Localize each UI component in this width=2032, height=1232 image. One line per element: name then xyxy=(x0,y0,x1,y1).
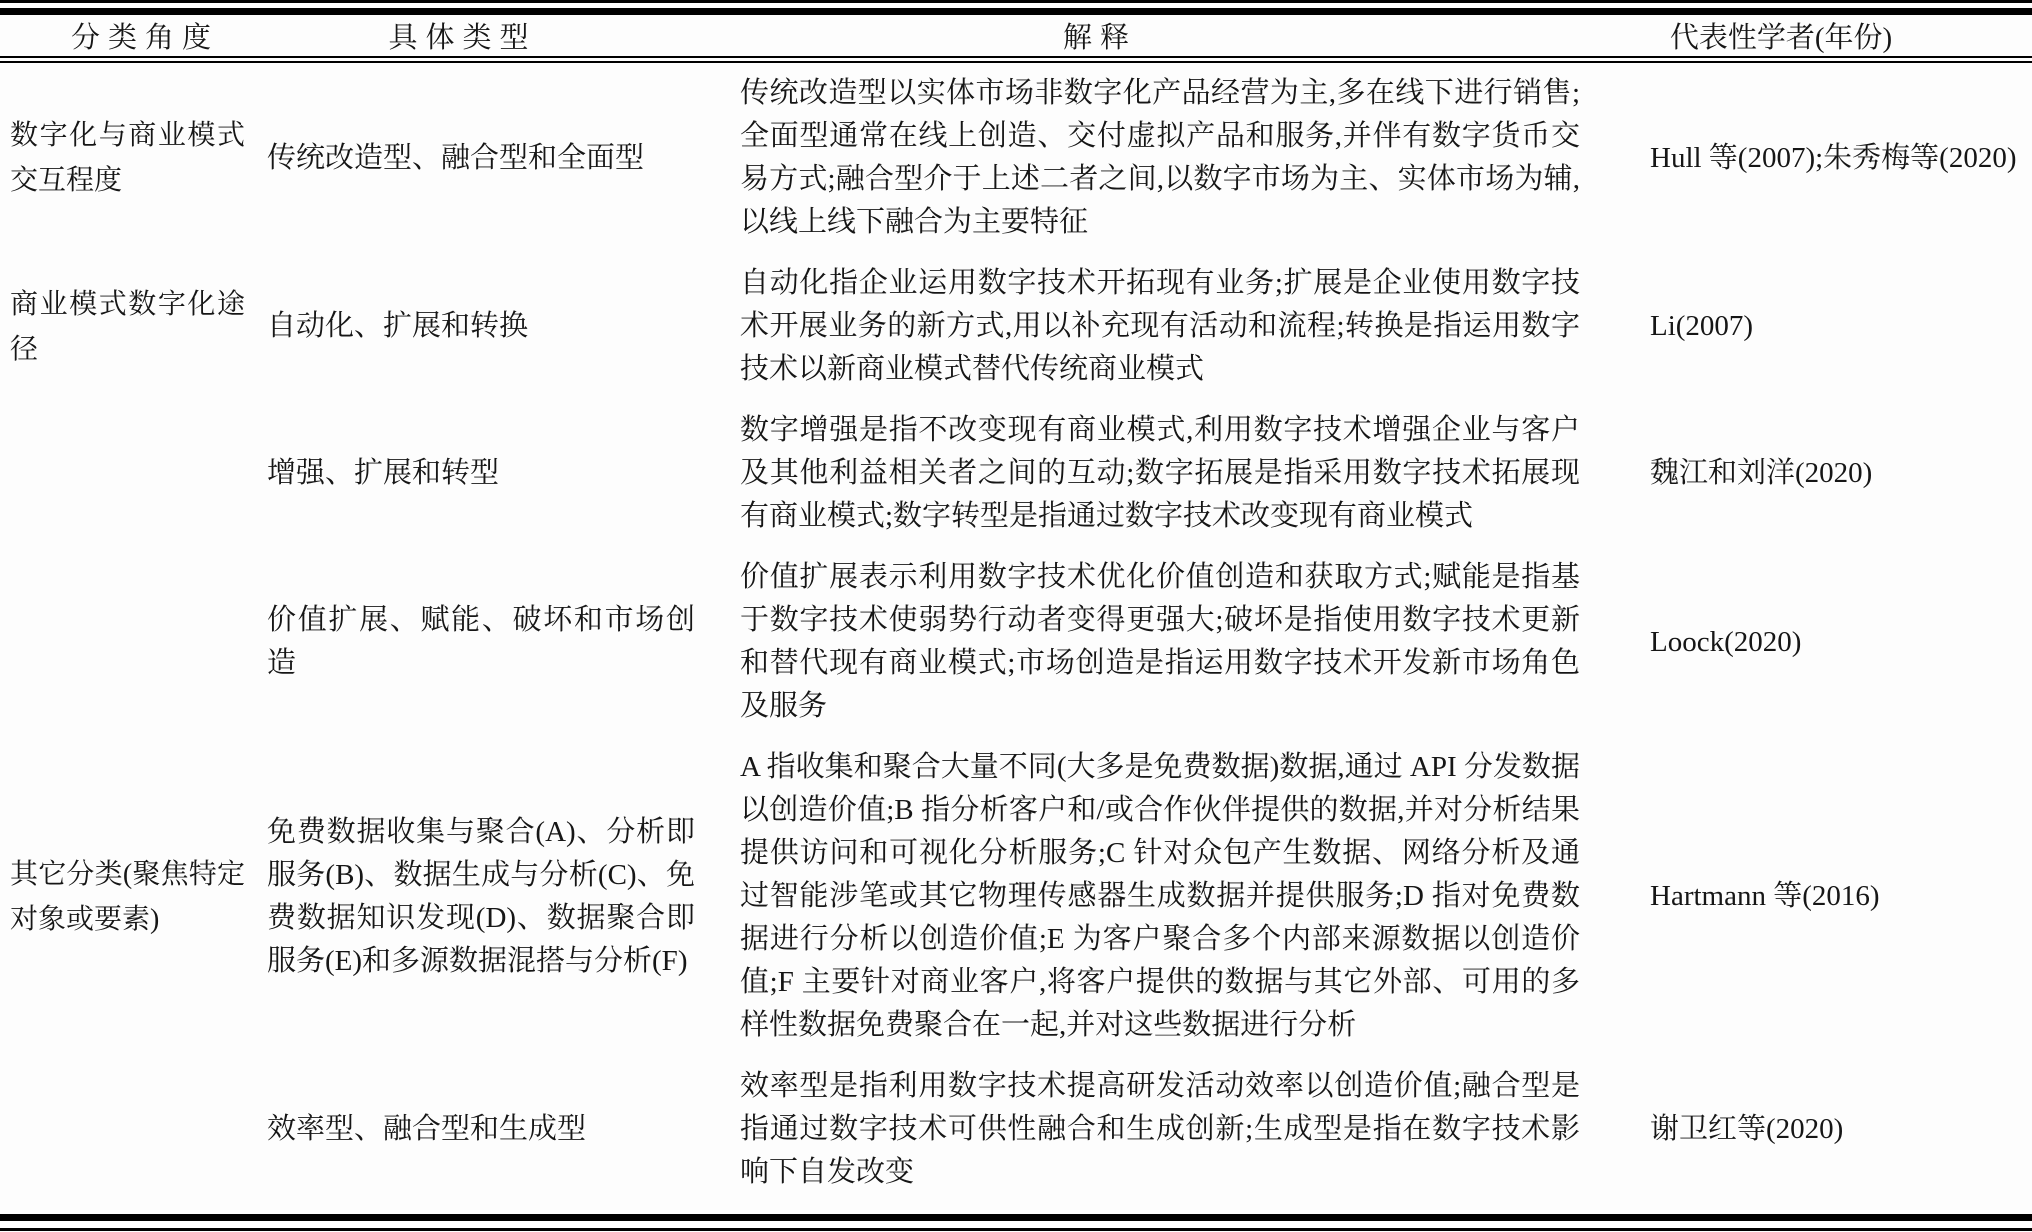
explanation-cell: A 指收集和聚合大量不同(大多是免费数据)数据,通过 API 分发数据以创造价值… xyxy=(740,737,1600,1056)
type-cell: 增强、扩展和转型 xyxy=(255,400,740,547)
table-row: 效率型、融合型和生成型 效率型是指利用数字技术提高研发活动效率以创造价值;融合型… xyxy=(0,1056,2032,1203)
category-cell xyxy=(0,547,255,737)
explanation-cell: 效率型是指利用数字技术提高研发活动效率以创造价值;融合型是指通过数字技术可供性融… xyxy=(740,1056,1600,1203)
table-bottom-thick-rule xyxy=(0,1214,2032,1221)
table-header: 分类角度 具体类型 解释 代表性学者(年份) xyxy=(0,15,2032,60)
table-top-thick-rule xyxy=(0,8,2032,15)
header-specific-type: 具体类型 xyxy=(255,15,740,60)
category-cell: 商业模式数字化途径 xyxy=(0,253,255,400)
type-cell: 效率型、融合型和生成型 xyxy=(255,1056,740,1203)
table-row: 商业模式数字化途径 自动化、扩展和转换 自动化指企业运用数字技术开拓现有业务;扩… xyxy=(0,253,2032,400)
table-bottom-thin-rule xyxy=(0,1228,2032,1231)
category-cell xyxy=(0,400,255,547)
category-cell: 其它分类(聚焦特定对象或要素) xyxy=(0,737,255,1056)
type-cell: 自动化、扩展和转换 xyxy=(255,253,740,400)
explanation-cell: 数字增强是指不改变现有商业模式,利用数字技术增强企业与客户及其他利益相关者之间的… xyxy=(740,400,1600,547)
table-row: 价值扩展、赋能、破坏和市场创造 价值扩展表示利用数字技术优化价值创造和获取方式;… xyxy=(0,547,2032,737)
explanation-cell: 自动化指企业运用数字技术开拓现有业务;扩展是企业使用数字技术开展业务的新方式,用… xyxy=(740,253,1600,400)
category-cell: 数字化与商业模式交互程度 xyxy=(0,60,255,254)
paper-table-page: 分类角度 具体类型 解释 代表性学者(年份) 数字化与商业模式交互程度 传统改造… xyxy=(0,0,2032,1232)
classification-table: 分类角度 具体类型 解释 代表性学者(年份) 数字化与商业模式交互程度 传统改造… xyxy=(0,15,2032,1203)
table-row: 增强、扩展和转型 数字增强是指不改变现有商业模式,利用数字技术增强企业与客户及其… xyxy=(0,400,2032,547)
scholars-cell: 魏江和刘洋(2020) xyxy=(1600,400,2032,547)
type-cell: 传统改造型、融合型和全面型 xyxy=(255,60,740,254)
table-top-thin-rule xyxy=(0,0,2032,3)
type-cell: 免费数据收集与聚合(A)、分析即服务(B)、数据生成与分析(C)、免费数据知识发… xyxy=(255,737,740,1056)
header-category-angle: 分类角度 xyxy=(0,15,255,60)
header-explanation: 解释 xyxy=(740,15,1600,60)
scholars-cell: 谢卫红等(2020) xyxy=(1600,1056,2032,1203)
scholars-cell: Li(2007) xyxy=(1600,253,2032,400)
scholars-cell: Hull 等(2007);朱秀梅等(2020) xyxy=(1600,60,2032,254)
table-row: 其它分类(聚焦特定对象或要素) 免费数据收集与聚合(A)、分析即服务(B)、数据… xyxy=(0,737,2032,1056)
explanation-cell: 传统改造型以实体市场非数字化产品经营为主,多在线下进行销售;全面型通常在线上创造… xyxy=(740,60,1600,254)
scholars-cell: Loock(2020) xyxy=(1600,547,2032,737)
explanation-cell: 价值扩展表示利用数字技术优化价值创造和获取方式;赋能是指基于数字技术使弱势行动者… xyxy=(740,547,1600,737)
table-body: 数字化与商业模式交互程度 传统改造型、融合型和全面型 传统改造型以实体市场非数字… xyxy=(0,60,2032,1204)
header-row: 分类角度 具体类型 解释 代表性学者(年份) xyxy=(0,15,2032,60)
scholars-cell: Hartmann 等(2016) xyxy=(1600,737,2032,1056)
table-row: 数字化与商业模式交互程度 传统改造型、融合型和全面型 传统改造型以实体市场非数字… xyxy=(0,60,2032,254)
header-representative-scholars: 代表性学者(年份) xyxy=(1600,15,2032,60)
type-cell: 价值扩展、赋能、破坏和市场创造 xyxy=(255,547,740,737)
category-cell xyxy=(0,1056,255,1203)
